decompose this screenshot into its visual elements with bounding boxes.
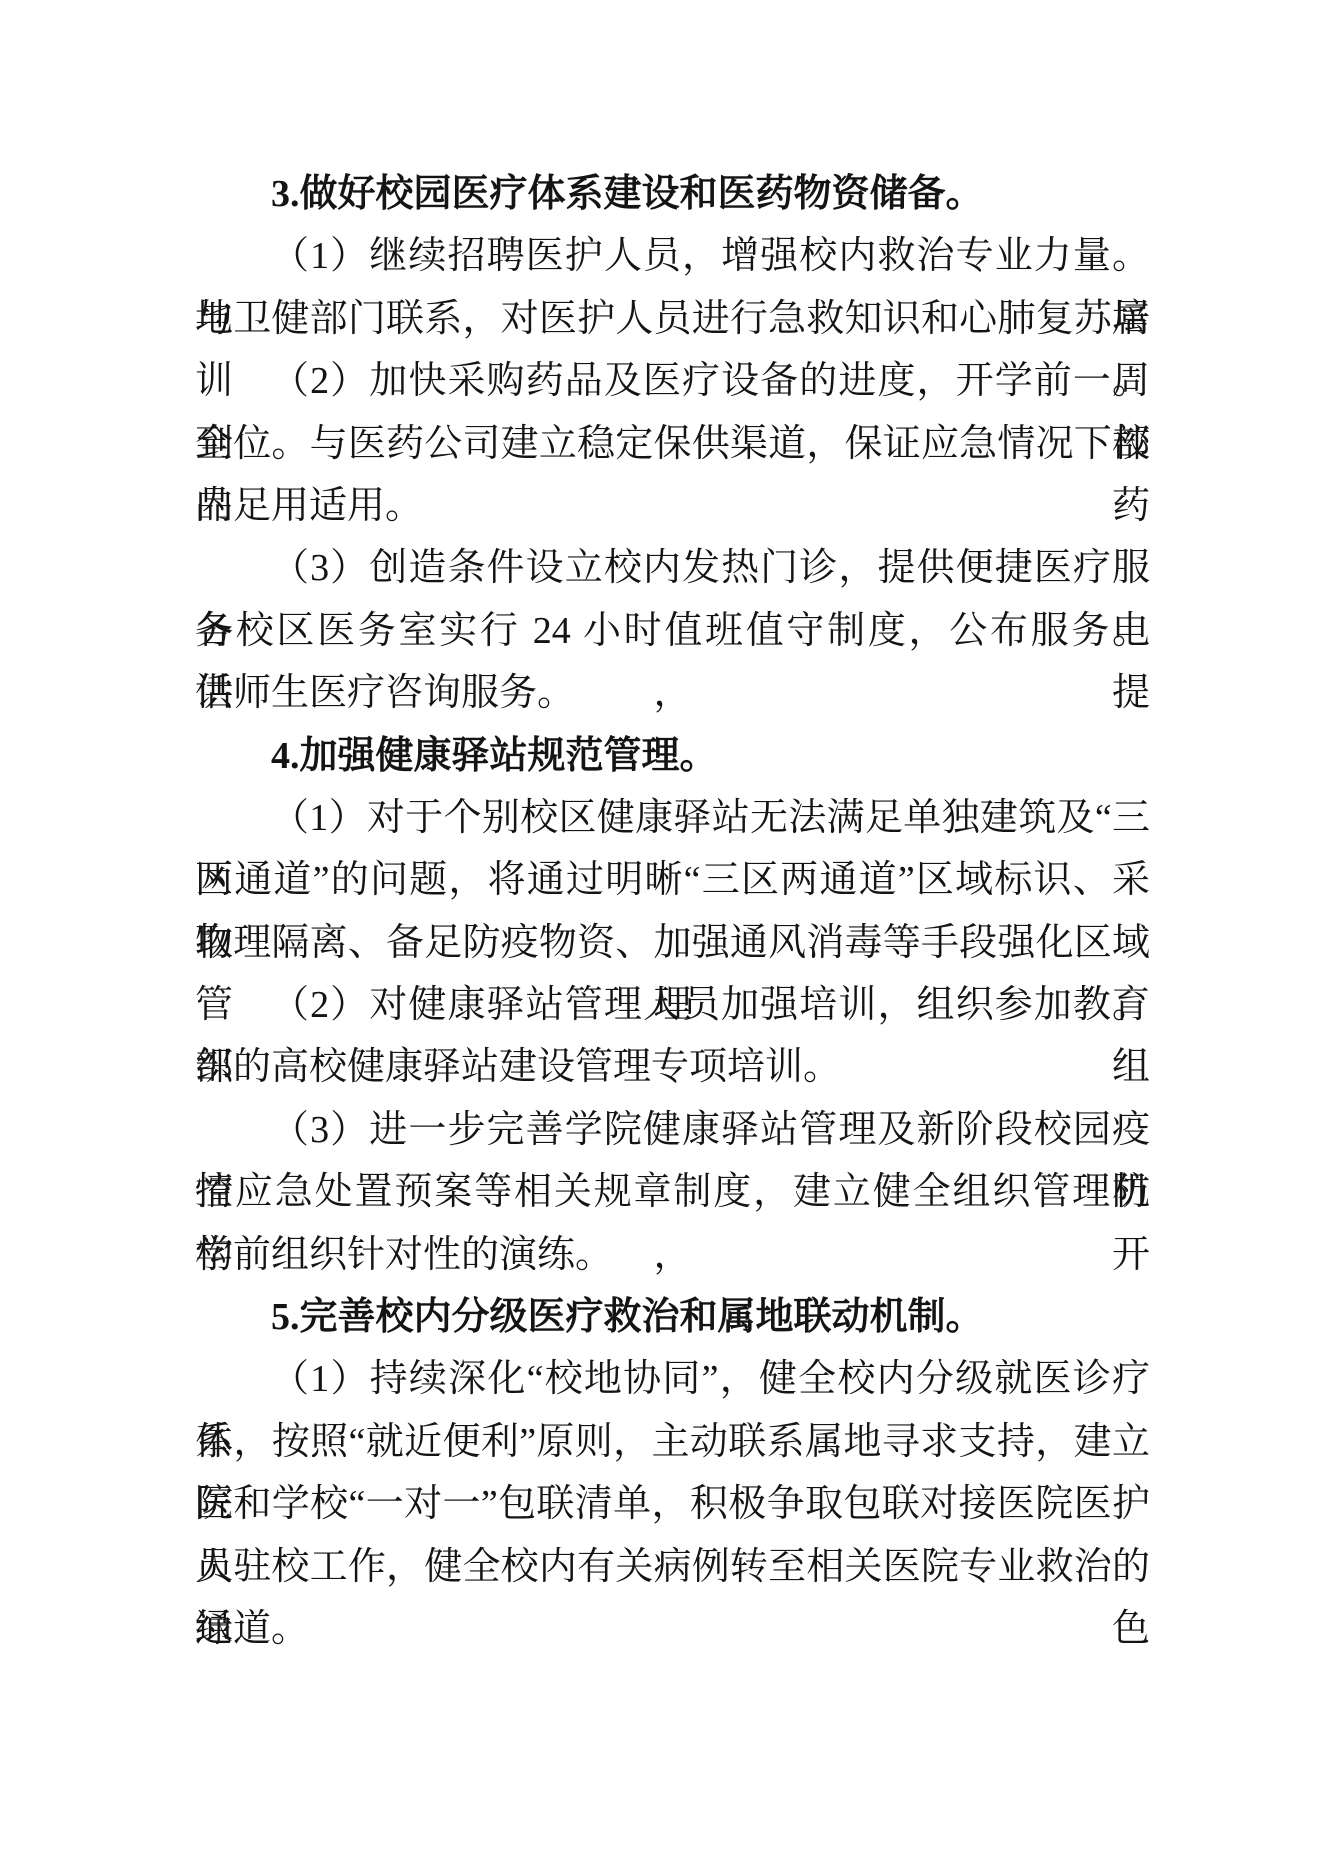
section-heading-5: 5.完善校内分级医疗救治和属地联动机制。 [195,1286,1150,1348]
text-line: 地卫健部门联系，对医护人员进行急救知识和心肺复苏培训。 [195,288,1150,350]
text-line: 到位。与医药公司建立稳定保供渠道，保证应急情况下校内药 [195,413,1150,475]
text-line: （3）进一步完善学院健康驿站管理及新阶段校园疫情防 [195,1099,1150,1161]
text-line: （1）持续深化“校地协同”，健全校内分级就医诊疗体 [195,1348,1150,1410]
text-line: 各校区医务室实行 24 小时值班值守制度，公布服务电话，提 [195,600,1150,662]
text-line: 院和学校“一对一”包联清单，积极争取包联对接医院医护人 [195,1473,1150,1535]
text-line: 员驻校工作，健全校内有关病例转至相关医院专业救治的绿色 [195,1536,1150,1598]
text-line: 物理隔离、备足防疫物资、加强通风消毒等手段强化区域管理。 [195,912,1150,974]
text-line: 控应急处置预案等相关规章制度，建立健全组织管理机构，开 [195,1161,1150,1223]
text-line: （1）继续招聘医护人员，增强校内救治专业力量。与属 [195,225,1150,287]
text-line: 两通道”的问题，将通过明晰“三区两通道”区域标识、采取 [195,849,1150,911]
text-line: 系，按照“就近便利”原则，主动联系属地寻求支持，建立医 [195,1411,1150,1473]
text-line: （1）对于个别校区健康驿站无法满足单独建筑及“三区 [195,787,1150,849]
text-line: （2）对健康驿站管理人员加强培训，组织参加教育部组 [195,974,1150,1036]
document-page: 3.做好校园医疗体系建设和医药物资储备。 （1）继续招聘医护人员，增强校内救治专… [0,0,1323,1871]
section-heading-4: 4.加强健康驿站规范管理。 [195,725,1150,787]
section-heading-3: 3.做好校园医疗体系建设和医药物资储备。 [195,163,1150,225]
text-line: （3）创造条件设立校内发热门诊，提供便捷医疗服务。 [195,537,1150,599]
text-line: （2）加快采购药品及医疗设备的进度，开学前一周全部 [195,350,1150,412]
